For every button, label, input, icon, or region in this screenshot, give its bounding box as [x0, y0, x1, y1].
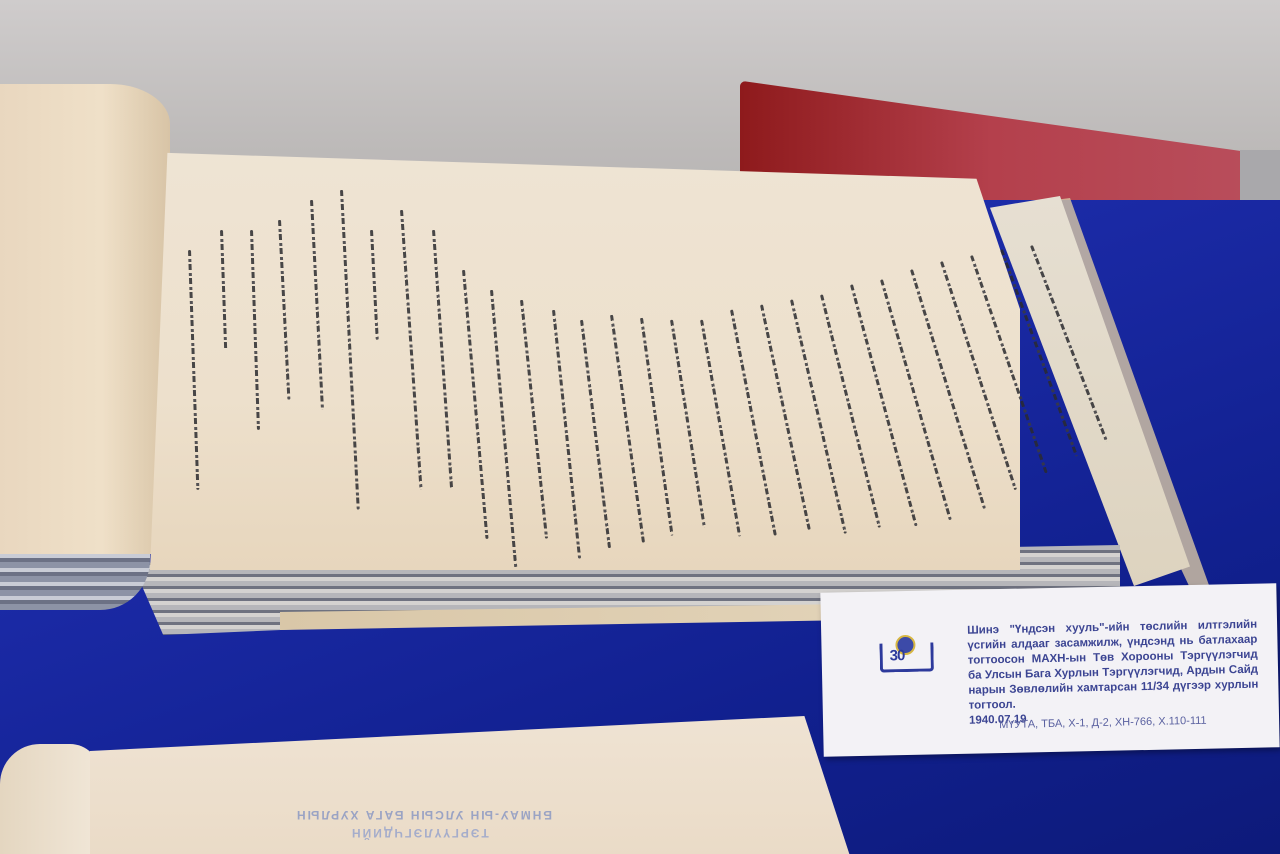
archive-emblem-icon: 30 [873, 634, 934, 675]
bottom-document-title: БНМАУ-ЫН УЛСЫН БАГА ХУРЛЫН [295, 808, 552, 822]
bottom-document-curl [0, 744, 100, 854]
label-description: Шинэ "Үндсэн хууль"-ийн төслийн илтгэлий… [967, 618, 1259, 729]
bottom-document-subtitle: ТЭРГҮҮЛЭГЧДИЙН [350, 826, 489, 840]
logo-numeral: 30 [889, 647, 904, 664]
handwritten-mongolian-script [170, 170, 1120, 570]
exhibit-label-card: 30 Шинэ "Үндсэн хууль"-ийн төслийн илтгэ… [820, 583, 1279, 757]
left-curled-page [0, 84, 170, 554]
label-body-text: Шинэ "Үндсэн хууль"-ийн төслийн илтгэлий… [967, 619, 1258, 712]
